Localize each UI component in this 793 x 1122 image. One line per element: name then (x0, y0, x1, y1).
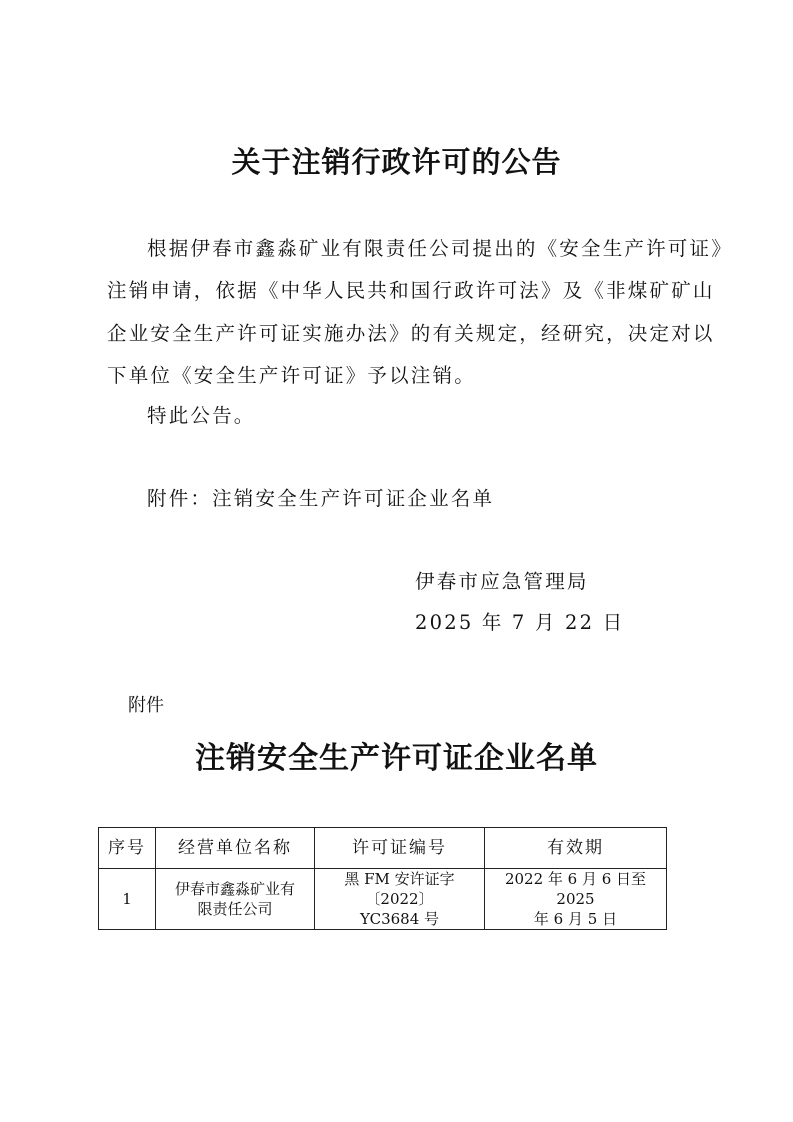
notice-title: 关于注销行政许可的公告 (0, 140, 793, 181)
table-row: 1 伊春市鑫淼矿业有 限责任公司 黑 FM 安许证字〔2022〕 YC3684 … (99, 869, 667, 930)
closing-text: 特此公告。 (147, 400, 256, 428)
cell-company: 伊春市鑫淼矿业有 限责任公司 (156, 869, 315, 930)
cell-no: 1 (99, 869, 156, 930)
company-line-1: 伊春市鑫淼矿业有 (158, 879, 312, 899)
header-no: 序号 (99, 828, 156, 869)
attachment-label: 附件 (128, 691, 164, 717)
validity-line-2: 年 6 月 5 日 (487, 909, 664, 929)
body-line-2: 注销申请，依据《中华人民共和国行政许可法》及《非煤矿矿山 (107, 275, 715, 303)
license-line-2: YC3684 号 (317, 909, 482, 929)
revoked-license-table: 序号 经营单位名称 许可证编号 有效期 1 伊春市鑫淼矿业有 限责任公司 黑 F… (98, 827, 667, 930)
header-license: 许可证编号 (315, 828, 485, 869)
body-line-4: 下单位《安全生产许可证》予以注销。 (107, 360, 476, 388)
validity-line-1: 2022 年 6 月 6 日至 2025 (487, 869, 664, 909)
header-validity: 有效期 (485, 828, 667, 869)
body-line-3: 企业安全生产许可证实施办法》的有关规定，经研究，决定对以 (107, 318, 715, 346)
issue-date: 2025 年 7 月 22 日 (415, 607, 624, 635)
issuer-name: 伊春市应急管理局 (415, 566, 589, 594)
cell-validity: 2022 年 6 月 6 日至 2025 年 6 月 5 日 (485, 869, 667, 930)
header-company: 经营单位名称 (156, 828, 315, 869)
license-line-1: 黑 FM 安许证字〔2022〕 (317, 869, 482, 909)
table-header-row: 序号 经营单位名称 许可证编号 有效期 (99, 828, 667, 869)
attachment-reference: 附件：注销安全生产许可证企业名单 (147, 483, 494, 511)
body-line-1: 根据伊春市鑫淼矿业有限责任公司提出的《安全生产许可证》 (147, 233, 733, 261)
attachment-title: 注销安全生产许可证企业名单 (0, 733, 793, 777)
company-line-2: 限责任公司 (158, 899, 312, 919)
cell-license: 黑 FM 安许证字〔2022〕 YC3684 号 (315, 869, 485, 930)
